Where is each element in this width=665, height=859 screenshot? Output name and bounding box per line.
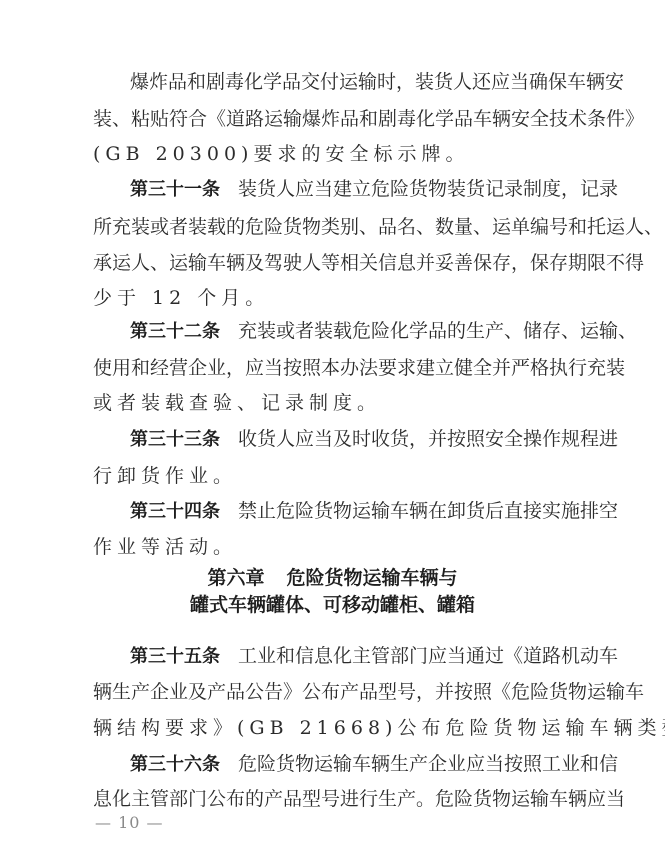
line-text: 工业和信息化主管部门应当通过《道路机动车	[238, 645, 618, 667]
article-31-line: 第三十一条装货人应当建立危险货物装货记录制度，记录	[130, 174, 595, 204]
article-label: 第三十三条	[130, 429, 220, 450]
chapter-heading-line-1: 第六章危险货物运输车辆与	[0, 565, 665, 591]
line-text: (GB 20300)要求的安全标示牌。	[93, 143, 469, 165]
paragraph-line: 辆生产企业及产品公告》公布产品型号，并按照《危险货物运输车	[93, 677, 595, 707]
page-number: — 10 —	[95, 813, 164, 832]
line-text: 装、粘贴符合《道路运输爆炸品和剧毒化学品车辆安全技术条件》	[93, 108, 644, 130]
article-label: 第三十五条	[130, 646, 220, 667]
article-32-line: 第三十二条充装或者装载危险化学品的生产、储存、运输、	[130, 316, 595, 346]
chapter-number: 第六章	[207, 567, 264, 589]
article-label: 第三十二条	[130, 321, 220, 342]
chapter-heading-line-2: 罐式车辆罐体、可移动罐柜、罐箱	[0, 592, 665, 618]
paragraph-line: 行卸货作业。	[93, 461, 595, 491]
line-text: 或者装载查验、记录制度。	[93, 392, 381, 414]
paragraph-line: 装、粘贴符合《道路运输爆炸品和剧毒化学品车辆安全技术条件》	[93, 104, 595, 134]
line-text: 充装或者装载危险化学品的生产、储存、运输、	[238, 320, 637, 342]
line-text: 辆结构要求》(GB 21668)公布危险货物运输车辆类型。	[93, 717, 665, 739]
paragraph-line: 所充装或者装载的危险货物类别、品名、数量、运单编号和托运人、	[93, 212, 595, 242]
paragraph-line: 承运人、运输车辆及驾驶人等相关信息并妥善保存，保存期限不得	[93, 248, 595, 278]
line-text: 危险货物运输车辆生产企业应当按照工业和信	[238, 753, 618, 775]
line-text: 作业等活动。	[93, 536, 237, 558]
line-text: 禁止危险货物运输车辆在卸货后直接实施排空	[238, 500, 618, 522]
article-label: 第三十六条	[130, 754, 220, 775]
paragraph-line: 息化主管部门公布的产品型号进行生产。危险货物运输车辆应当	[93, 784, 595, 814]
article-label: 第三十一条	[130, 179, 220, 200]
line-text: 少于 12 个月。	[93, 287, 269, 309]
chapter-title: 罐式车辆罐体、可移动罐柜、罐箱	[190, 594, 475, 616]
line-text: 行卸货作业。	[93, 465, 237, 487]
paragraph-line: 作业等活动。	[93, 532, 595, 562]
article-33-line: 第三十三条收货人应当及时收货，并按照安全操作规程进	[130, 424, 595, 454]
paragraph-line: 或者装载查验、记录制度。	[93, 388, 595, 418]
line-text: 收货人应当及时收货，并按照安全操作规程进	[238, 428, 618, 450]
article-label: 第三十四条	[130, 501, 220, 522]
line-text: 息化主管部门公布的产品型号进行生产。危险货物运输车辆应当	[93, 788, 625, 810]
line-text: 所充装或者装载的危险货物类别、品名、数量、运单编号和托运人、	[93, 216, 663, 238]
paragraph-line: 辆结构要求》(GB 21668)公布危险货物运输车辆类型。	[93, 713, 595, 743]
article-36-line: 第三十六条危险货物运输车辆生产企业应当按照工业和信	[130, 749, 595, 779]
paragraph-line: 少于 12 个月。	[93, 283, 595, 313]
line-text: 承运人、运输车辆及驾驶人等相关信息并妥善保存，保存期限不得	[93, 252, 644, 274]
line-text: 爆炸品和剧毒化学品交付运输时，装货人还应当确保车辆安	[130, 71, 624, 93]
paragraph-line: 使用和经营企业，应当按照本办法要求建立健全并严格执行充装	[93, 353, 595, 383]
line-text: 装货人应当建立危险货物装货记录制度，记录	[238, 178, 618, 200]
article-35-line: 第三十五条工业和信息化主管部门应当通过《道路机动车	[130, 641, 595, 671]
line-text: 使用和经营企业，应当按照本办法要求建立健全并严格执行充装	[93, 357, 625, 379]
article-34-line: 第三十四条禁止危险货物运输车辆在卸货后直接实施排空	[130, 496, 595, 526]
paragraph-line: 爆炸品和剧毒化学品交付运输时，装货人还应当确保车辆安	[130, 67, 595, 97]
document-page: 爆炸品和剧毒化学品交付运输时，装货人还应当确保车辆安 装、粘贴符合《道路运输爆炸…	[0, 0, 665, 859]
paragraph-line: (GB 20300)要求的安全标示牌。	[93, 139, 595, 169]
line-text: 辆生产企业及产品公告》公布产品型号，并按照《危险货物运输车	[93, 681, 644, 703]
chapter-title: 危险货物运输车辆与	[287, 567, 458, 589]
